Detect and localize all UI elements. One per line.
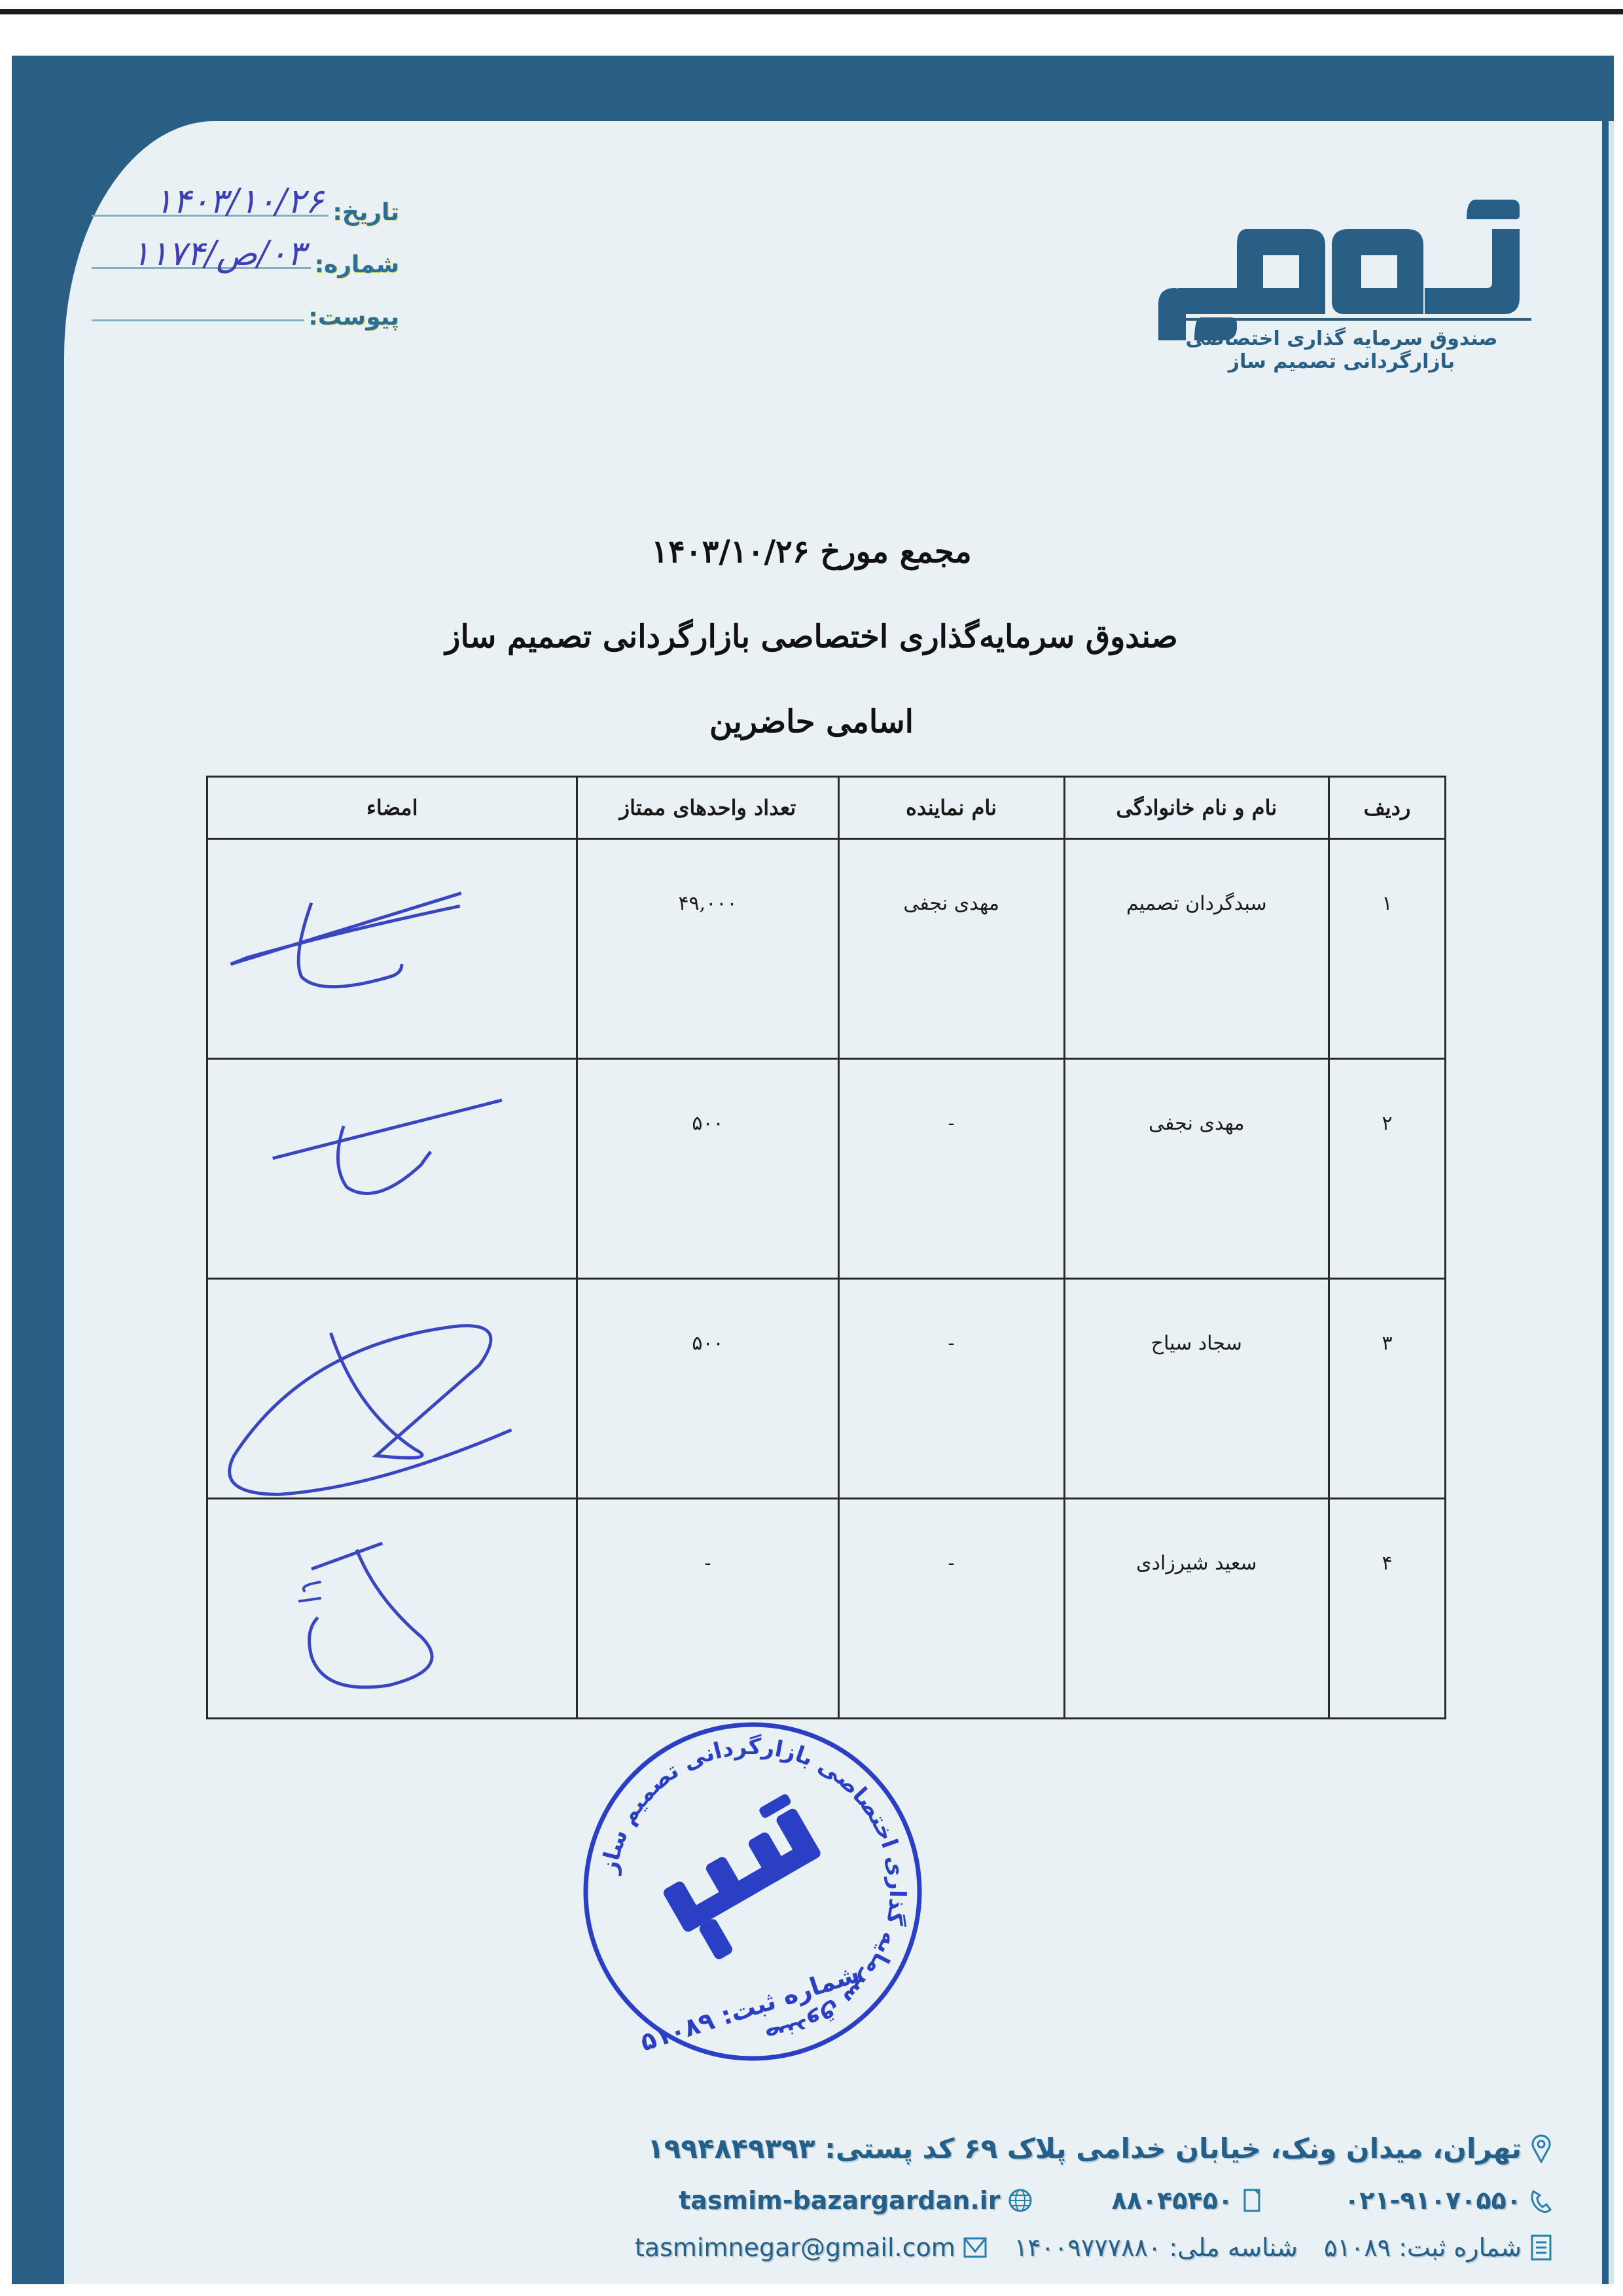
row-units: ۵۰۰: [577, 1279, 838, 1499]
col-name: نام و نام خانوادگی: [1064, 777, 1329, 839]
col-index: ردیف: [1329, 777, 1446, 839]
signature-icon: [208, 840, 576, 1058]
fax-icon: [1240, 2186, 1266, 2215]
row-signature: [207, 1059, 577, 1279]
signature-icon: [208, 1499, 576, 1717]
phone-number: ۰۲۱-۹۱۰۷۰۵۵۰: [1344, 2186, 1522, 2215]
attachment-field: پیوست:: [92, 291, 399, 331]
document-register-icon: [1528, 2233, 1554, 2262]
globe-icon: [1007, 2186, 1033, 2215]
national-id: شناسه ملی: ۱۴۰۰۹۷۷۷۸۸۰: [1014, 2233, 1298, 2262]
date-label: تاریخ:: [332, 199, 399, 226]
row-index: ۲: [1329, 1059, 1446, 1279]
row-representative: مهدی نجفی: [838, 839, 1064, 1059]
attendees-title: اسامی حاضرین: [0, 704, 1623, 740]
row-index: ۴: [1329, 1499, 1446, 1719]
table-row: ۱ سبدگردان تصمیم مهدی نجفی ۴۹,۰۰۰: [207, 839, 1446, 1059]
table-row: ۴ سعید شیرزادی - -: [207, 1499, 1446, 1719]
row-representative: -: [838, 1499, 1064, 1719]
meeting-title: مجمع مورخ ۱۴۰۳/۱۰/۲۶: [0, 533, 1623, 570]
number-label: شماره:: [315, 251, 399, 278]
fax-number: ۸۸۰۴۵۴۵۰: [1112, 2186, 1234, 2215]
table-header-row: ردیف نام و نام خانوادگی نام نماینده تعدا…: [207, 777, 1446, 839]
email-link[interactable]: tasmimnegar@gmail.com: [635, 2233, 955, 2262]
col-signature: امضاء: [207, 777, 577, 839]
row-index: ۳: [1329, 1279, 1446, 1499]
address-text: تهران، میدان ونک، خیابان خدامی پلاک ۶۹ ک…: [647, 2132, 1522, 2164]
row-units: ۵۰۰: [577, 1059, 838, 1279]
table-row: ۲ مهدی نجفی - ۵۰۰: [207, 1059, 1446, 1279]
row-name: سجاد سیاح: [1064, 1279, 1329, 1499]
row-name: سعید شیرزادی: [1064, 1499, 1329, 1719]
logo-subtitle: صندوق سرمایه گذاری اختصاصی بازارگردانی ت…: [1152, 327, 1531, 373]
row-representative: -: [838, 1279, 1064, 1499]
email-icon: [962, 2233, 988, 2262]
row-representative: -: [838, 1059, 1064, 1279]
col-units: تعداد واحدهای ممتاز: [577, 777, 838, 839]
row-name: سبدگردان تصمیم: [1064, 839, 1329, 1059]
footer-registration-line: شماره ثبت: ۵۱۰۸۹ شناسه ملی: ۱۴۰۰۹۷۷۷۸۸۰ …: [245, 2233, 1554, 2262]
scan-edge: [0, 9, 1623, 14]
location-pin-icon: [1528, 2134, 1554, 2163]
row-signature: [207, 1499, 577, 1719]
row-name: مهدی نجفی: [1064, 1059, 1329, 1279]
col-representative: نام نماینده: [838, 777, 1064, 839]
footer-contact-line: ۰۲۱-۹۱۰۷۰۵۵۰ ۸۸۰۴۵۴۵۰ tasmim-bazargardan…: [245, 2186, 1554, 2215]
website-link[interactable]: tasmim-bazargardan.ir: [679, 2186, 1000, 2215]
fund-title: صندوق سرمایه‌گذاری اختصاصی بازارگردانی ت…: [0, 619, 1623, 655]
letter-meta: تاریخ: ۱۴۰۳/۱۰/۲۶ شماره: ۰۳/ص/۱۱۷۴ پیوست…: [92, 187, 399, 344]
company-stamp-icon: صندوق سرمایه گذاری اختصاصی بازارگردانی ت…: [576, 1715, 929, 2068]
date-field: تاریخ: ۱۴۰۳/۱۰/۲۶: [92, 187, 399, 226]
registration-number: شماره ثبت: ۵۱۰۸۹: [1324, 2233, 1522, 2262]
signature-icon: [208, 1280, 576, 1498]
number-value: ۰۳/ص/۱۱۷۴: [132, 234, 305, 274]
date-value: ۱۴۰۳/۱۰/۲۶: [154, 182, 323, 221]
row-index: ۱: [1329, 839, 1446, 1059]
attendees-table: ردیف نام و نام خانوادگی نام نماینده تعدا…: [206, 776, 1446, 1719]
row-units: ۴۹,۰۰۰: [577, 839, 838, 1059]
table-row: ۳ سجاد سیاح - ۵۰۰: [207, 1279, 1446, 1499]
row-signature: [207, 1279, 577, 1499]
phone-icon: [1528, 2186, 1554, 2215]
row-signature: [207, 839, 577, 1059]
row-units: -: [577, 1499, 838, 1719]
logo-divider: [1162, 318, 1531, 321]
scan-right-edge: [1609, 121, 1614, 2284]
number-field: شماره: ۰۳/ص/۱۱۷۴: [92, 239, 399, 278]
footer-address-line: تهران، میدان ونک، خیابان خدامی پلاک ۶۹ ک…: [245, 2132, 1554, 2170]
signature-icon: [208, 1060, 576, 1278]
attachment-label: پیوست:: [308, 304, 399, 331]
